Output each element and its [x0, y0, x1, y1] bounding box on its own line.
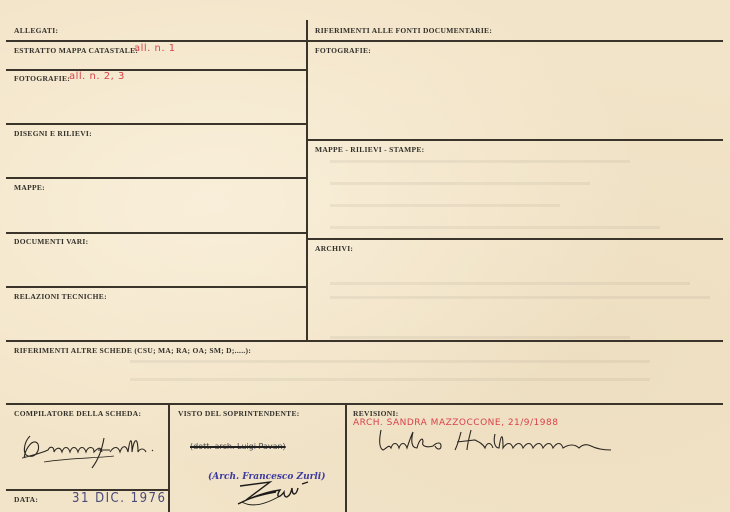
rule	[6, 340, 723, 342]
rule	[6, 123, 306, 125]
rule	[6, 177, 306, 179]
bleed-through	[330, 336, 630, 339]
bleed-through	[130, 378, 650, 381]
visto-soprintendente-label: VISTO DEL SOPRINTENDENTE:	[178, 409, 300, 418]
fotografie-label: FOTOGRAFIE:	[14, 74, 70, 83]
riferimenti-altre-schede-label: RIFERIMENTI ALTRE SCHEDE (CSU; MA; RA; O…	[14, 346, 251, 355]
relazioni-tecniche-label: RELAZIONI TECNICHE:	[14, 292, 107, 301]
data-label: DATA:	[14, 495, 38, 504]
bleed-through	[330, 296, 710, 299]
bleed-through	[130, 360, 650, 363]
rule	[6, 40, 306, 42]
footer-divider	[345, 403, 347, 512]
compilatore-label: COMPILATORE DELLA SCHEDA:	[14, 409, 141, 418]
estratto-mappa-value: all. n. 1	[134, 43, 176, 54]
bleed-through	[330, 182, 590, 185]
rule	[307, 238, 723, 240]
rule	[6, 286, 306, 288]
allegati-label: ALLEGATI:	[14, 26, 58, 35]
mappe-rilievi-stampe-label: MAPPE - RILIEVI - STAMPE:	[315, 145, 424, 154]
bleed-through	[330, 160, 630, 163]
documenti-vari-label: DOCUMENTI VARI:	[14, 237, 88, 246]
bleed-through	[330, 282, 690, 285]
rule	[307, 40, 723, 42]
soprintendente-signature	[236, 478, 316, 508]
fotografie-value: all. n. 2, 3	[69, 71, 125, 82]
estratto-mappa-label: ESTRATTO MAPPA CATASTALE:	[14, 46, 138, 55]
data-stamp: 31 DIC. 1976	[72, 491, 166, 506]
column-divider	[306, 20, 308, 340]
riferimenti-fonti-label: RIFERIMENTI ALLE FONTI DOCUMENTARIE:	[315, 26, 492, 35]
form-sheet: ALLEGATI: ESTRATTO MAPPA CATASTALE: all.…	[0, 0, 730, 512]
disegni-label: DISEGNI E RILIEVI:	[14, 129, 92, 138]
rule	[6, 69, 306, 71]
rule	[307, 139, 723, 141]
compilatore-signature	[18, 428, 163, 472]
archivi-label: ARCHIVI:	[315, 244, 353, 253]
rule	[6, 232, 306, 234]
revisioni-signature	[375, 426, 625, 456]
rule	[6, 403, 723, 405]
bleed-through	[330, 226, 660, 229]
fonti-fotografie-label: FOTOGRAFIE:	[315, 46, 371, 55]
bleed-through	[330, 204, 560, 207]
struck-soprintendente-name: (dott. arch. Luigi Pavan)	[190, 442, 286, 451]
mappe-label: MAPPE:	[14, 183, 45, 192]
revisioni-label: REVISIONI:	[353, 409, 399, 418]
footer-divider	[168, 403, 170, 512]
